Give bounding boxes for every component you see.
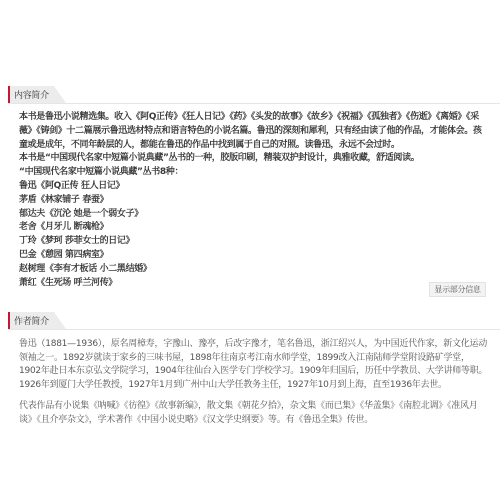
series-item: 丁玲《梦珂 莎菲女士的日记》 (19, 235, 489, 249)
intro-paragraph: 本书是鲁迅小说精选集。收入《阿Q正传》《狂人日记》《药》《头发的故事》《故乡》《… (19, 111, 489, 152)
series-item: 茅盾《林家铺子 春蚕》 (19, 194, 489, 208)
series-item: 萧红《生死场 呼兰河传》 (19, 277, 489, 291)
content-intro-header: 内容简介 (8, 86, 500, 104)
content-intro-body: 本书是鲁迅小说精选集。收入《阿Q正传》《狂人日记》《药》《头发的故事》《故乡》《… (19, 111, 489, 290)
author-works-paragraph: 代表作品有小说集《呐喊》《彷徨》《故事新编》，散文集《朝花夕拾》，杂文集《而已集… (19, 400, 489, 427)
show-partial-info-button[interactable]: 显示部分信息 (429, 282, 486, 297)
author-intro-title: 作者简介 (14, 314, 49, 327)
content-intro-title: 内容简介 (14, 88, 49, 101)
series-item: 巴金《憩园 第四病室》 (19, 249, 489, 263)
author-intro-header: 作者简介 (8, 312, 500, 330)
series-item: 赵树理《李有才板话 小二黑结婚》 (19, 263, 489, 277)
intro-paragraph: 本书是“中国现代名家中短篇小说典藏”丛书的一种，胶版印刷，精装双护封设计，典雅收… (19, 152, 489, 166)
series-item: 鲁迅《阿Q正传 狂人日记》 (19, 180, 489, 194)
series-item: 老舍《月牙儿 断魂枪》 (19, 221, 489, 235)
author-bio-paragraph: 鲁迅（1881—1936），原名周樟寿，字豫山、豫亭，后改字豫才，笔名鲁迅，浙江… (19, 338, 489, 392)
series-item: 郁达夫《沉沦 她是一个弱女子》 (19, 208, 489, 222)
content-intro-tab: 内容简介 (8, 86, 54, 103)
series-heading: “中国现代名家中短篇小说典藏”丛书8种： (19, 166, 489, 180)
author-intro-body: 鲁迅（1881—1936），原名周樟寿，字豫山、豫亭，后改字豫才，笔名鲁迅，浙江… (19, 338, 489, 427)
author-intro-tab: 作者简介 (8, 312, 54, 329)
